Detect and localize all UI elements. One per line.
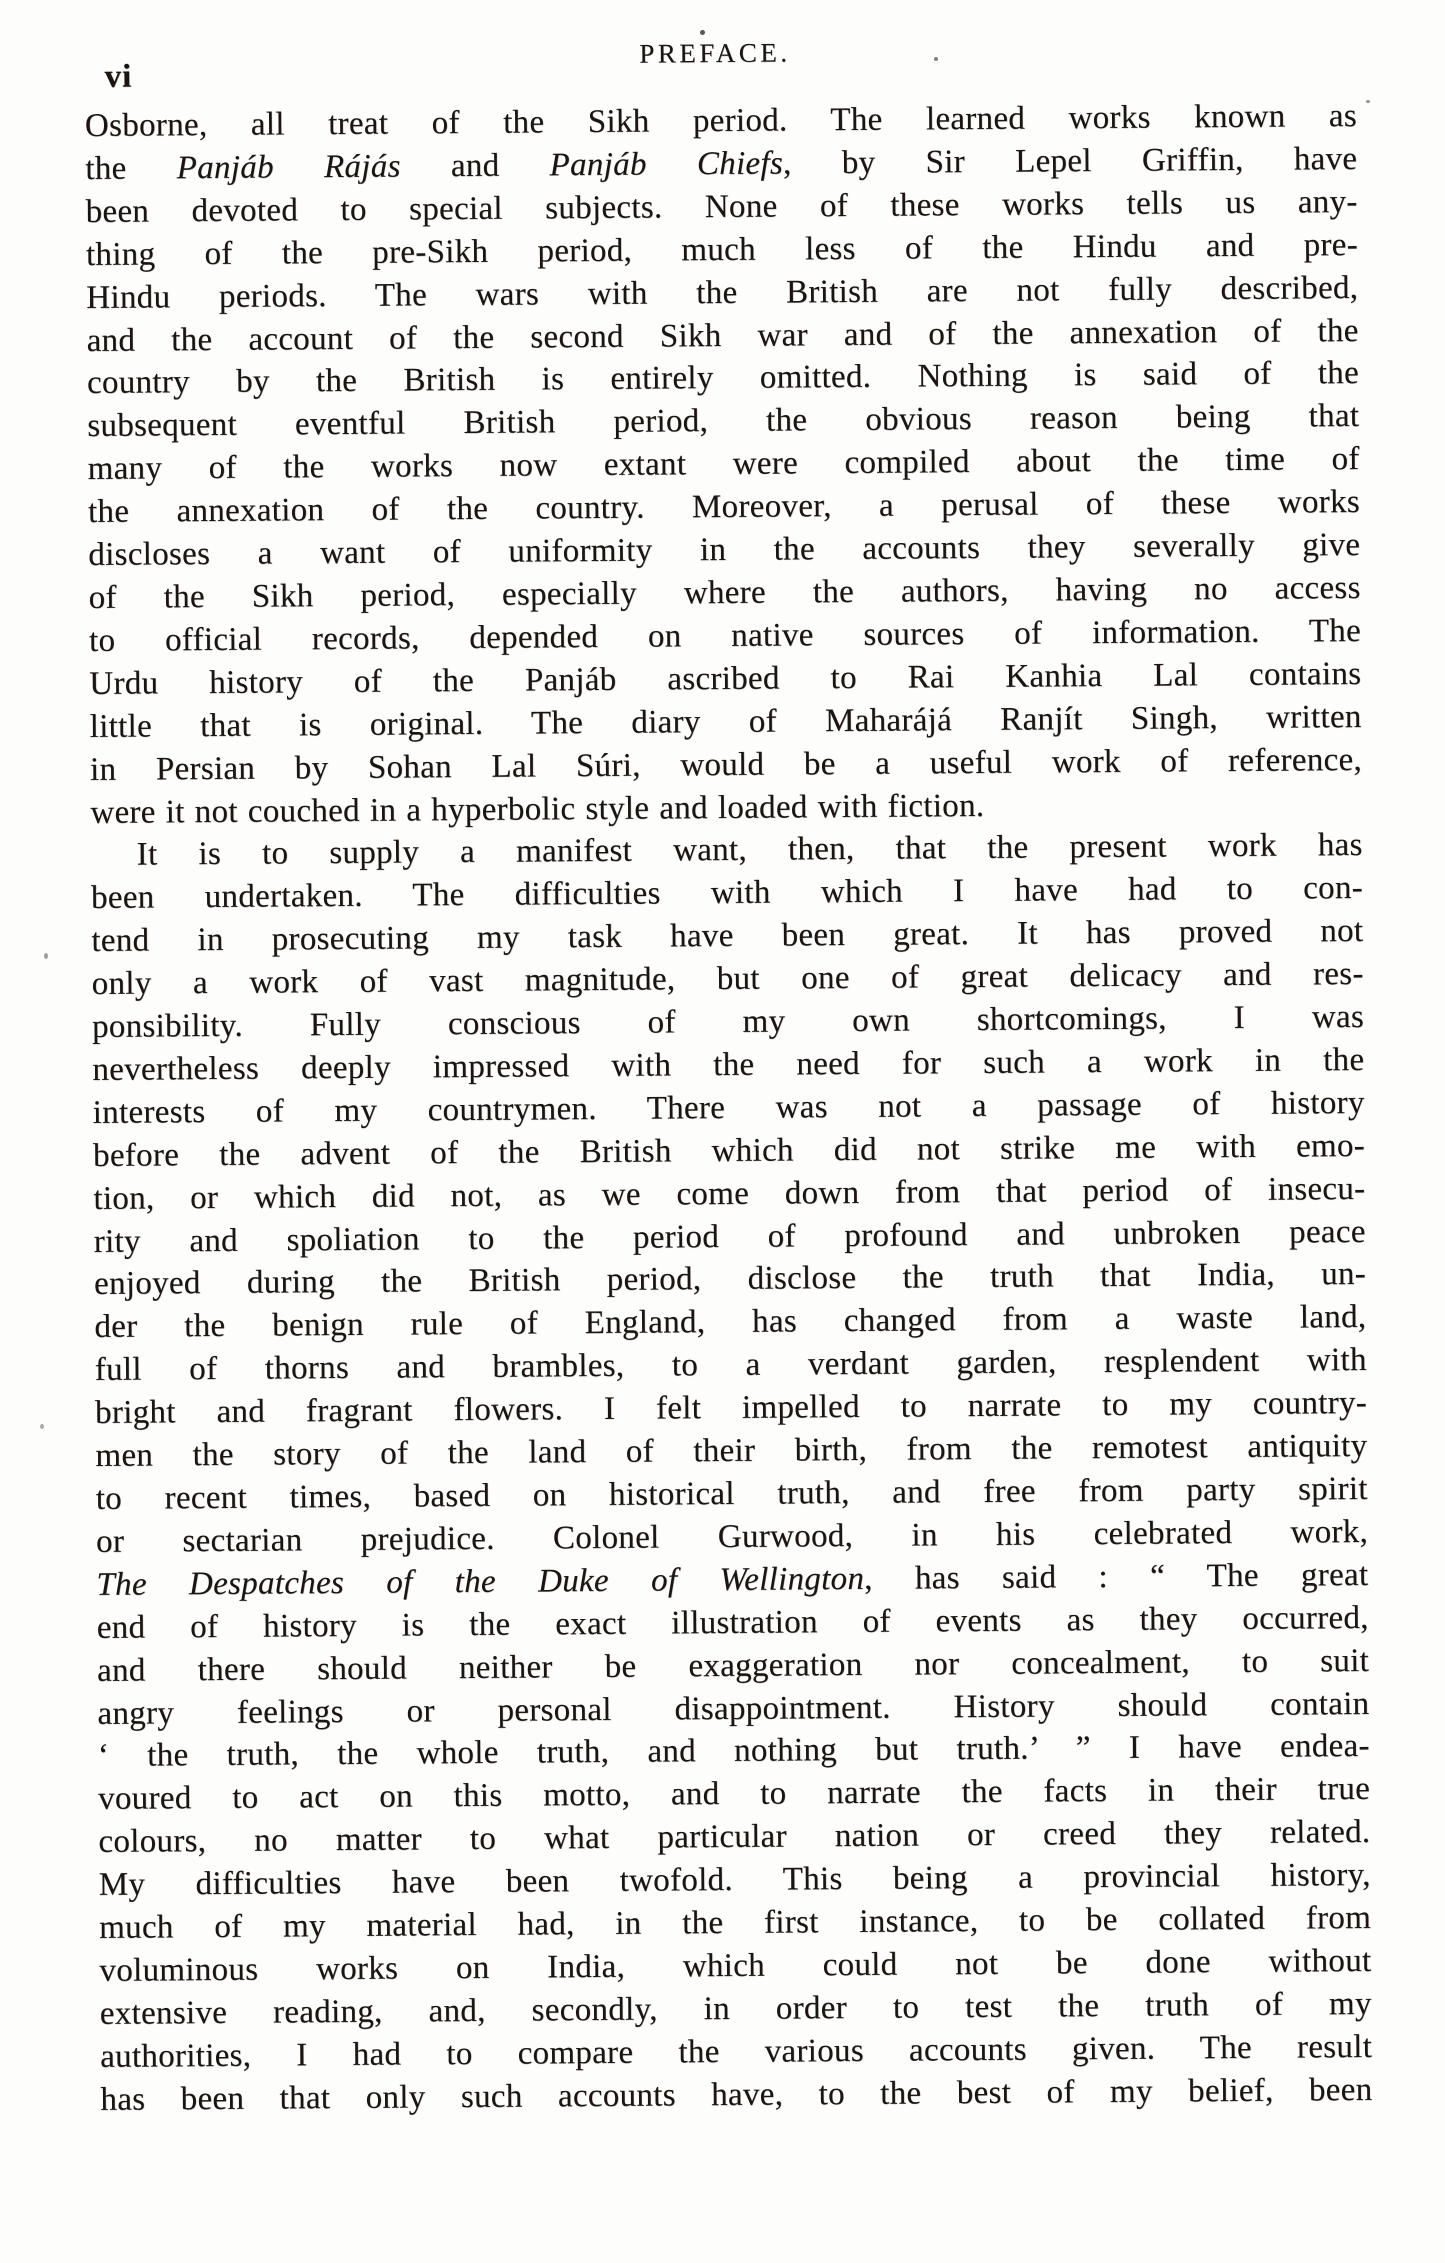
text-segment: My difficulties have been twofold. This …	[99, 1857, 1371, 1903]
text-segment: voured to act on this motto, and to narr…	[98, 1771, 1370, 1817]
text-segment: ‘ the truth, the whole truth, and nothin…	[98, 1728, 1370, 1774]
text-segment: the	[85, 150, 177, 187]
text-segment: , by Sir Lepel Griffin, have	[783, 141, 1358, 182]
text-segment: tion, or which did not, as we come down …	[93, 1171, 1365, 1217]
text-segment: discloses a want of uniformity in the ac…	[88, 527, 1360, 573]
italic-text-segment: Panjáb Chiefs	[549, 145, 783, 183]
text-segment: much of my material had, in the first in…	[99, 1900, 1371, 1946]
text-segment: only a work of vast magnitude, but one o…	[92, 956, 1364, 1002]
scan-rotation-layer: vi PREFACE. Osborne, all treat of the Si…	[0, 0, 1445, 2263]
text-segment: little that is original. The diary of Ma…	[90, 699, 1362, 745]
text-segment: der the benign rule of England, has chan…	[94, 1299, 1366, 1345]
text-segment: It is to supply a manifest want, then, t…	[137, 827, 1363, 873]
page-header: vi PREFACE.	[0, 0, 1437, 6]
text-segment: been undertaken. The difficulties with w…	[91, 870, 1363, 916]
running-header-title: PREFACE.	[0, 32, 1438, 74]
text-segment: Urdu history of the Panjáb ascribed to R…	[89, 656, 1361, 702]
scan-speck	[700, 30, 705, 35]
scan-speck	[1366, 100, 1370, 103]
text-segment: country by the British is entirely omitt…	[87, 355, 1359, 401]
text-segment: or sectarian prejudice. Colonel Gurwood,…	[96, 1514, 1368, 1560]
text-segment: voluminous works on India, which could n…	[99, 1943, 1371, 1989]
text-segment: of the Sikh period, especially where the…	[89, 570, 1361, 616]
text-segment: end of history is the exact illustration…	[97, 1600, 1369, 1646]
text-segment: nevertheless deeply impressed with the n…	[92, 1042, 1364, 1088]
text-segment: been devoted to special subjects. None o…	[86, 184, 1358, 230]
text-line: has been that only such accounts have, t…	[100, 2069, 1372, 2122]
text-segment: and the account of the second Sikh war a…	[87, 313, 1359, 359]
preface-text: Osborne, all treat of the Sikh period. T…	[85, 95, 1373, 2122]
text-segment: colours, no matter to what particular na…	[98, 1814, 1370, 1860]
scan-speck	[44, 953, 48, 959]
text-segment: angry feelings or personal disappointmen…	[97, 1685, 1369, 1731]
text-segment: ponsibility. Fully conscious of my own s…	[92, 999, 1364, 1045]
text-segment: Osborne, all treat of the Sikh period. T…	[85, 98, 1357, 144]
text-segment: has been that only such accounts have, t…	[100, 2072, 1372, 2118]
text-segment: the annexation of the country. Moreover,…	[88, 484, 1360, 530]
scan-speck	[40, 1424, 44, 1429]
italic-text-segment: Panjáb Rájás	[177, 148, 401, 186]
book-page-scan: vi PREFACE. Osborne, all treat of the Si…	[0, 0, 1445, 2263]
paragraph: Osborne, all treat of the Sikh period. T…	[85, 95, 1363, 834]
text-segment: interests of my countrymen. There was no…	[93, 1085, 1365, 1131]
text-segment: subsequent eventful British period, the …	[87, 398, 1359, 444]
text-segment: men the story of the land of their birth…	[95, 1428, 1367, 1474]
text-segment: enjoyed during the British period, discl…	[94, 1256, 1366, 1302]
text-segment: extensive reading, and, secondly, in ord…	[100, 1986, 1372, 2032]
text-segment: full of thorns and brambles, to a verdan…	[95, 1342, 1367, 1388]
text-segment: were it not couched in a hyperbolic styl…	[90, 787, 984, 830]
text-segment: Hindu periods. The wars with the British…	[86, 270, 1358, 316]
italic-text-segment: The Despatches of the Duke of Wellington	[96, 1561, 864, 1603]
scan-speck	[934, 57, 938, 61]
text-segment: rity and spoliation to the period of pro…	[94, 1214, 1366, 1260]
text-segment: to recent times, based on historical tru…	[96, 1471, 1368, 1517]
text-segment: in Persian by Sohan Lal Súri, would be a…	[90, 742, 1362, 788]
paragraph: It is to supply a manifest want, then, t…	[91, 824, 1373, 2121]
text-segment: before the advent of the British which d…	[93, 1128, 1365, 1174]
text-segment: and	[401, 147, 550, 184]
text-segment: , has said : “ The great	[864, 1557, 1368, 1597]
text-segment: authorities, I had to compare the variou…	[100, 2029, 1372, 2075]
text-segment: many of the works now extant were compil…	[88, 441, 1360, 487]
text-segment: thing of the pre-Sikh period, much less …	[86, 227, 1358, 273]
text-segment: bright and fragrant flowers. I felt impe…	[95, 1385, 1367, 1431]
text-segment: to official records, depended on native …	[89, 613, 1361, 659]
text-segment: tend in prosecuting my task have been gr…	[91, 913, 1363, 959]
text-segment: and there should neither be exaggeration…	[97, 1643, 1369, 1689]
